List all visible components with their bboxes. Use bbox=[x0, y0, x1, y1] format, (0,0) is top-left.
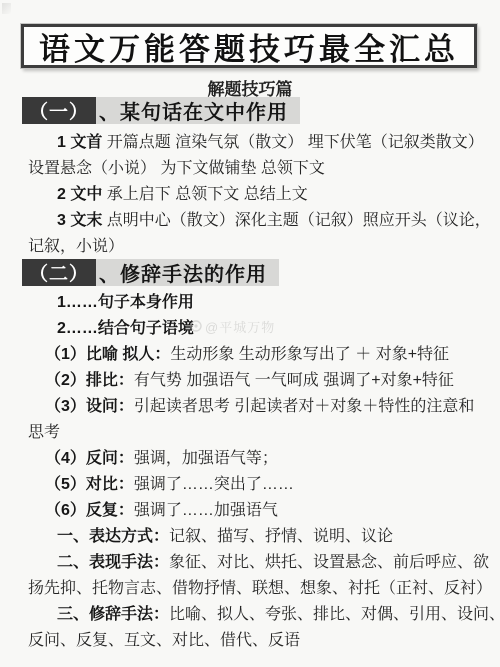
document-page: 语文万能答题技巧最全汇总 解题技巧篇 （一） 、某句话在文中作用 1 文首 开篇… bbox=[0, 0, 500, 667]
line-lead: （3）设问： bbox=[45, 398, 134, 415]
text-line: （1）比喻 拟人：生动形象 生动形象写出了 ＋ 对象+特征 bbox=[45, 342, 500, 368]
line-lead: 一、表达方式： bbox=[57, 528, 169, 545]
line-lead: 1 文首 bbox=[57, 134, 102, 151]
text-line: 扬先抑、托物言志、借物抒情、联想、想象、衬托（正衬、反衬） bbox=[28, 576, 500, 602]
text-line: 三、修辞手法：比喻、拟人、夸张、排比、对偶、引用、设问、 bbox=[57, 602, 500, 628]
section-1-badge: （一） bbox=[22, 97, 96, 124]
line-lead: （6）反复： bbox=[45, 502, 134, 519]
text-line: （2）排比：有气势 加强语气 一气呵成 强调了+对象+特征 bbox=[45, 368, 500, 394]
text-line: （4）反问：强调，加强语气等； bbox=[45, 446, 500, 472]
section-1-lines: 1 文首 开篇点题 渲染气氛（散文） 埋下伏笔（记叙类散文）设置悬念（小说） 为… bbox=[0, 130, 500, 260]
section-2-lines: 1……句子本身作用2……结合句子语境（1）比喻 拟人：生动形象 生动形象写出了 … bbox=[0, 290, 500, 654]
text-line: 二、表现手法：象征、对比、烘托、设置悬念、前后呼应、欲 bbox=[57, 550, 500, 576]
line-lead: 三、修辞手法： bbox=[57, 606, 169, 623]
section-2-header: （二） 、修辞手法的作用 bbox=[22, 259, 279, 286]
text-line: 1……句子本身作用 bbox=[57, 290, 500, 316]
line-lead: 2……结合句子语境 bbox=[57, 320, 194, 337]
page-title: 语文万能答题技巧最全汇总 bbox=[39, 24, 459, 69]
line-lead: 2 文中 bbox=[57, 186, 102, 203]
line-lead: 3 文末 bbox=[57, 212, 102, 229]
title-box: 语文万能答题技巧最全汇总 bbox=[21, 24, 477, 68]
text-line: 2……结合句子语境 bbox=[57, 316, 500, 342]
section-2-badge: （二） bbox=[22, 259, 96, 286]
line-lead: （1）比喻 拟人： bbox=[45, 346, 170, 363]
text-line: 设置悬念（小说） 为下文做铺垫 总领下文 bbox=[28, 156, 500, 182]
text-line: 思考 bbox=[28, 420, 500, 446]
line-lead: 二、表现手法： bbox=[57, 554, 169, 571]
line-lead: 1……句子本身作用 bbox=[57, 294, 194, 311]
text-line: （3）设问：引起读者思考 引起读者对＋对象＋特性的注意和 bbox=[45, 394, 500, 420]
photo-corner-artifact bbox=[2, 3, 11, 14]
text-line: （6）反复：强调了……加强语气 bbox=[45, 498, 500, 524]
line-lead: （4）反问： bbox=[45, 450, 134, 467]
text-line: 一、表达方式：记叙、描写、抒情、说明、议论 bbox=[57, 524, 500, 550]
text-line: 记叙，小说） bbox=[28, 234, 500, 260]
line-lead: （5）对比： bbox=[45, 476, 134, 493]
text-line: （5）对比：强调了……突出了…… bbox=[45, 472, 500, 498]
text-line: 2 文中 承上启下 总领下文 总结上文 bbox=[57, 182, 500, 208]
text-line: 1 文首 开篇点题 渲染气氛（散文） 埋下伏笔（记叙类散文） bbox=[57, 130, 500, 156]
section-2-heading: 、修辞手法的作用 bbox=[96, 259, 279, 286]
line-lead: （2）排比： bbox=[45, 372, 134, 389]
section-1-heading: 、某句话在文中作用 bbox=[96, 97, 300, 124]
section-1-header: （一） 、某句话在文中作用 bbox=[22, 97, 300, 124]
text-line: 3 文末 点明中心（散文）深化主题（记叙）照应开头（议论， bbox=[57, 208, 500, 234]
text-line: 反问、反复、互文、对比、借代、反语 bbox=[28, 628, 500, 654]
